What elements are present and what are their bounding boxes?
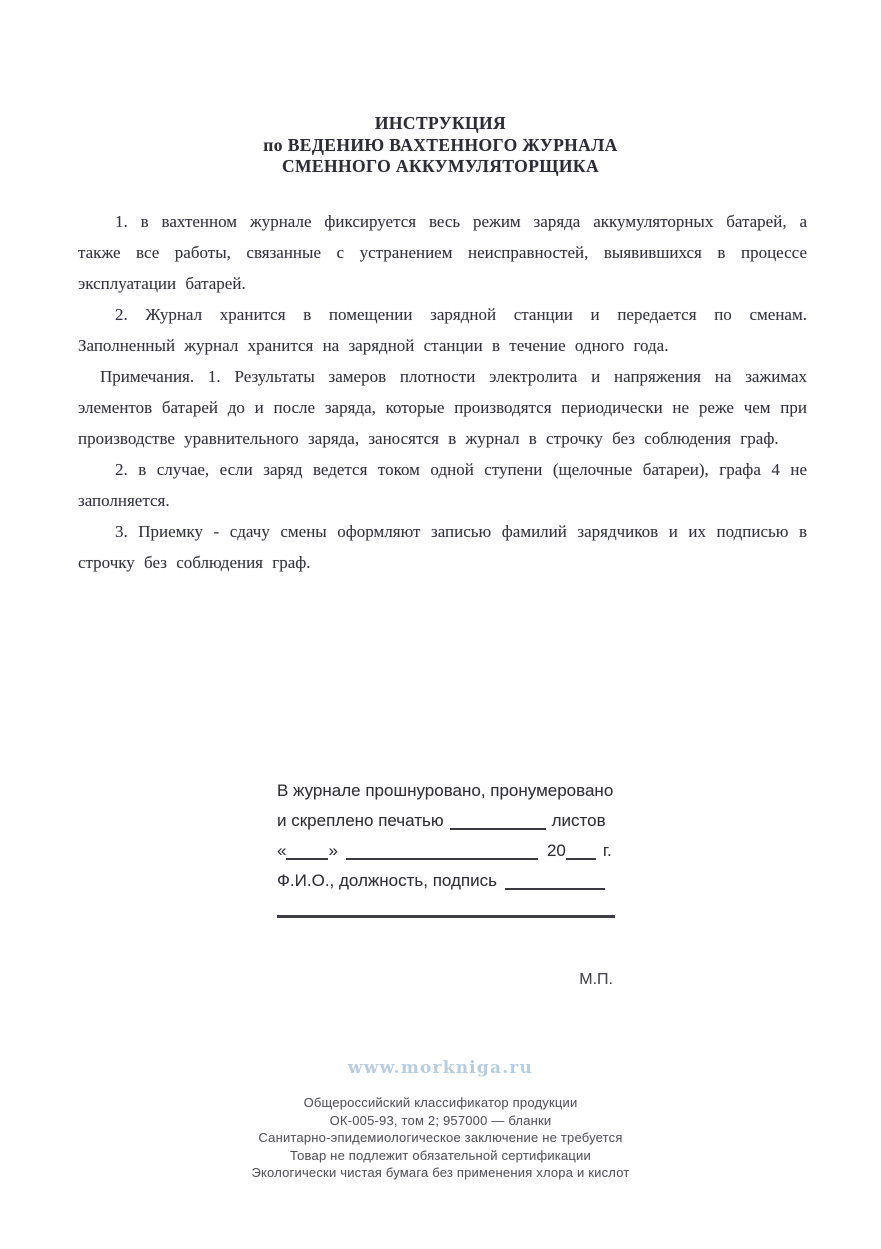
instruction-body: 1. в вахтенном журнале фиксируется весь … [78,206,807,578]
paragraph-notes-2: 2. в случае, если заряд ведется током од… [78,454,807,516]
title-line-1: ИНСТРУКЦИЯ [0,113,881,135]
paragraph-notes-1: Примечания. 1. Результаты замеров плотно… [78,361,807,454]
footer-line-1: Общероссийский классификатор продукции [0,1094,881,1112]
footer-line-2: ОК-005-93, том 2; 957000 — бланки [0,1112,881,1130]
certification-block: В журнале прошнуровано, пронумеровано и … [277,776,615,995]
paragraph-1: 1. в вахтенном журнале фиксируется весь … [78,206,807,299]
day-blank [286,844,328,860]
footer-line-3: Санитарно-эпидемиологическое заключение … [0,1129,881,1147]
classification-footer: Общероссийский классификатор продукции О… [0,1094,881,1182]
watermark-text: www.morkniga.ru [0,1058,881,1078]
cert-line-1-text: В журнале прошнуровано, пронумеровано [277,781,613,800]
cert-line-2-prefix: и скреплено печатью [277,811,444,830]
signature-rule [277,915,615,918]
cert-line-2: и скреплено печатьюлистов [277,806,615,836]
cert-line-3: «»20г. [277,836,615,866]
cert-line-1: В журнале прошнуровано, пронумеровано [277,776,615,806]
footer-line-5: Экологически чистая бумага без применени… [0,1164,881,1182]
cert-line-2-suffix: листов [552,811,606,830]
paragraph-notes-3: 3. Приемку - сдачу смены оформляют запис… [78,516,807,578]
cert-line-4: Ф.И.О., должность, подпись [277,866,615,896]
paragraph-2: 2. Журнал хранится в помещении зарядной … [78,299,807,361]
cert-line-4-prefix: Ф.И.О., должность, подпись [277,871,497,890]
footer-line-4: Товар не подлежит обязательной сертифика… [0,1147,881,1165]
signature-blank [505,874,605,890]
scanned-document-page: ИНСТРУКЦИЯ по ВЕДЕНИЮ ВАХТЕННОГО ЖУРНАЛА… [0,0,881,1249]
seal-placeholder: М.П. [277,965,615,995]
document-title: ИНСТРУКЦИЯ по ВЕДЕНИЮ ВАХТЕННОГО ЖУРНАЛА… [0,113,881,178]
title-line-2: по ВЕДЕНИЮ ВАХТЕННОГО ЖУРНАЛА [0,135,881,157]
year-blank [566,844,596,860]
month-blank [346,844,538,860]
year-suffix: г. [603,841,612,860]
close-quote: » [328,841,337,860]
year-prefix: 20 [547,841,566,860]
title-line-3: СМЕННОГО АККУМУЛЯТОРЩИКА [0,156,881,178]
open-quote: « [277,841,286,860]
sheets-count-blank [450,814,546,830]
